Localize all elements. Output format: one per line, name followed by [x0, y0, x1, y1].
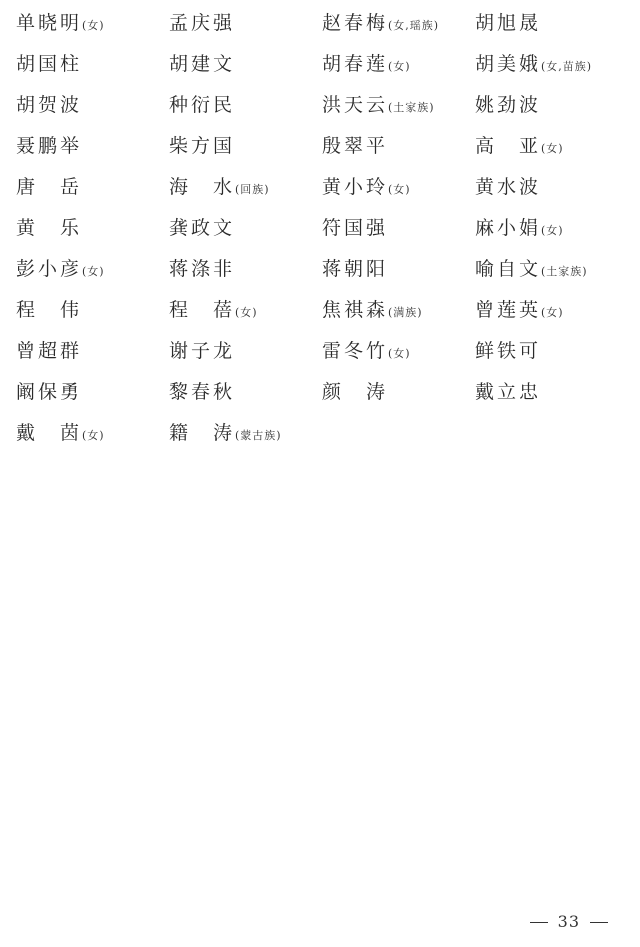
- name-entry: 胡美娥(女,苗族): [475, 49, 592, 82]
- person-note: (女): [541, 306, 564, 319]
- name-entry: 程 蓓(女): [169, 295, 258, 328]
- person-note: (女): [541, 142, 564, 155]
- person-note: (女): [82, 265, 105, 278]
- name-entry: 姚劲波: [475, 90, 541, 123]
- person-name: 胡国柱: [16, 53, 82, 75]
- person-name: 戴立忠: [475, 381, 541, 403]
- person-name: 单晓明: [16, 12, 82, 34]
- person-name: 胡贺波: [16, 94, 82, 116]
- person-note: (女,苗族): [541, 60, 592, 73]
- name-entry: 殷翠平: [322, 131, 388, 164]
- person-name: 阚保勇: [16, 381, 82, 403]
- name-entry: 胡旭晟: [475, 8, 541, 41]
- person-name: 聂鹏举: [16, 135, 82, 157]
- person-name: 海 水: [169, 176, 235, 198]
- person-name: 焦祺森: [322, 299, 388, 321]
- person-note: (回族): [235, 183, 270, 196]
- dash-left: [530, 922, 548, 923]
- name-entry: 高 亚(女): [475, 131, 564, 164]
- person-note: (蒙古族): [235, 429, 282, 442]
- person-name: 颜 涛: [322, 381, 388, 403]
- person-name: 曾超群: [16, 340, 82, 362]
- person-name: 胡旭晟: [475, 12, 541, 34]
- name-entry: 黄水波: [475, 172, 541, 205]
- name-entry: 彭小彦(女): [16, 254, 105, 287]
- person-note: (土家族): [541, 265, 588, 278]
- person-name: 程 蓓: [169, 299, 235, 321]
- name-entry: 蒋朝阳: [322, 254, 388, 287]
- person-name: 黄小玲: [322, 176, 388, 198]
- person-name: 胡美娥: [475, 53, 541, 75]
- person-name: 蒋涤非: [169, 258, 235, 280]
- person-name: 胡春莲: [322, 53, 388, 75]
- person-note: (满族): [388, 306, 423, 319]
- name-entry: 孟庆强: [169, 8, 235, 41]
- name-entry: 戴立忠: [475, 377, 541, 410]
- name-entry: 符国强: [322, 213, 388, 246]
- person-name: 雷冬竹: [322, 340, 388, 362]
- person-name: 孟庆强: [169, 12, 235, 34]
- person-note: (女): [235, 306, 258, 319]
- name-entry: 颜 涛: [322, 377, 388, 410]
- person-note: (女): [388, 183, 411, 196]
- person-name: 曾莲英: [475, 299, 541, 321]
- person-name: 符国强: [322, 217, 388, 239]
- name-entry: 胡贺波: [16, 90, 82, 123]
- name-entry: 聂鹏举: [16, 131, 82, 164]
- name-entry: 籍 涛(蒙古族): [169, 418, 282, 451]
- name-entry: 谢子龙: [169, 336, 235, 369]
- name-entry: 焦祺森(满族): [322, 295, 423, 328]
- page-footer: 33: [520, 912, 618, 931]
- name-entry: 程 伟: [16, 295, 82, 328]
- name-entry: 单晓明(女): [16, 8, 105, 41]
- name-entry: 曾莲英(女): [475, 295, 564, 328]
- person-name: 籍 涛: [169, 422, 235, 444]
- name-entry: 麻小娟(女): [475, 213, 564, 246]
- name-entry: 龚政文: [169, 213, 235, 246]
- person-name: 麻小娟: [475, 217, 541, 239]
- person-name: 喻自文: [475, 258, 541, 280]
- name-entry: 唐 岳: [16, 172, 82, 205]
- name-entry: 黄小玲(女): [322, 172, 411, 205]
- person-name: 彭小彦: [16, 258, 82, 280]
- person-name: 柴方国: [169, 135, 235, 157]
- person-name: 姚劲波: [475, 94, 541, 116]
- person-note: (女): [82, 19, 105, 32]
- name-entry: 戴 茵(女): [16, 418, 105, 451]
- person-name: 程 伟: [16, 299, 82, 321]
- page-number: 33: [558, 912, 580, 931]
- name-entry: 胡建文: [169, 49, 235, 82]
- person-name: 鲜铁可: [475, 340, 541, 362]
- person-name: 龚政文: [169, 217, 235, 239]
- person-name: 黄水波: [475, 176, 541, 198]
- person-note: (女): [82, 429, 105, 442]
- name-entry: 种衍民: [169, 90, 235, 123]
- person-name: 赵春梅: [322, 12, 388, 34]
- name-entry: 黄 乐: [16, 213, 82, 246]
- name-entry: 洪天云(土家族): [322, 90, 435, 123]
- person-name: 唐 岳: [16, 176, 82, 198]
- person-note: (女): [541, 224, 564, 237]
- name-entry: 海 水(回族): [169, 172, 270, 205]
- name-entry: 柴方国: [169, 131, 235, 164]
- person-name: 高 亚: [475, 135, 541, 157]
- name-entry: 鲜铁可: [475, 336, 541, 369]
- person-note: (女): [388, 347, 411, 360]
- name-entry: 胡春莲(女): [322, 49, 411, 82]
- name-entry: 赵春梅(女,瑶族): [322, 8, 439, 41]
- person-note: (土家族): [388, 101, 435, 114]
- person-name: 胡建文: [169, 53, 235, 75]
- name-entry: 黎春秋: [169, 377, 235, 410]
- person-note: (女,瑶族): [388, 19, 439, 32]
- person-name: 黎春秋: [169, 381, 235, 403]
- name-entry: 蒋涤非: [169, 254, 235, 287]
- person-name: 黄 乐: [16, 217, 82, 239]
- name-entry: 胡国柱: [16, 49, 82, 82]
- name-entry: 喻自文(土家族): [475, 254, 588, 287]
- name-entry: 阚保勇: [16, 377, 82, 410]
- person-name: 种衍民: [169, 94, 235, 116]
- person-note: (女): [388, 60, 411, 73]
- person-name: 洪天云: [322, 94, 388, 116]
- person-name: 谢子龙: [169, 340, 235, 362]
- name-entry: 雷冬竹(女): [322, 336, 411, 369]
- person-name: 戴 茵: [16, 422, 82, 444]
- person-name: 蒋朝阳: [322, 258, 388, 280]
- dash-right: [590, 922, 608, 923]
- name-entry: 曾超群: [16, 336, 82, 369]
- person-name: 殷翠平: [322, 135, 388, 157]
